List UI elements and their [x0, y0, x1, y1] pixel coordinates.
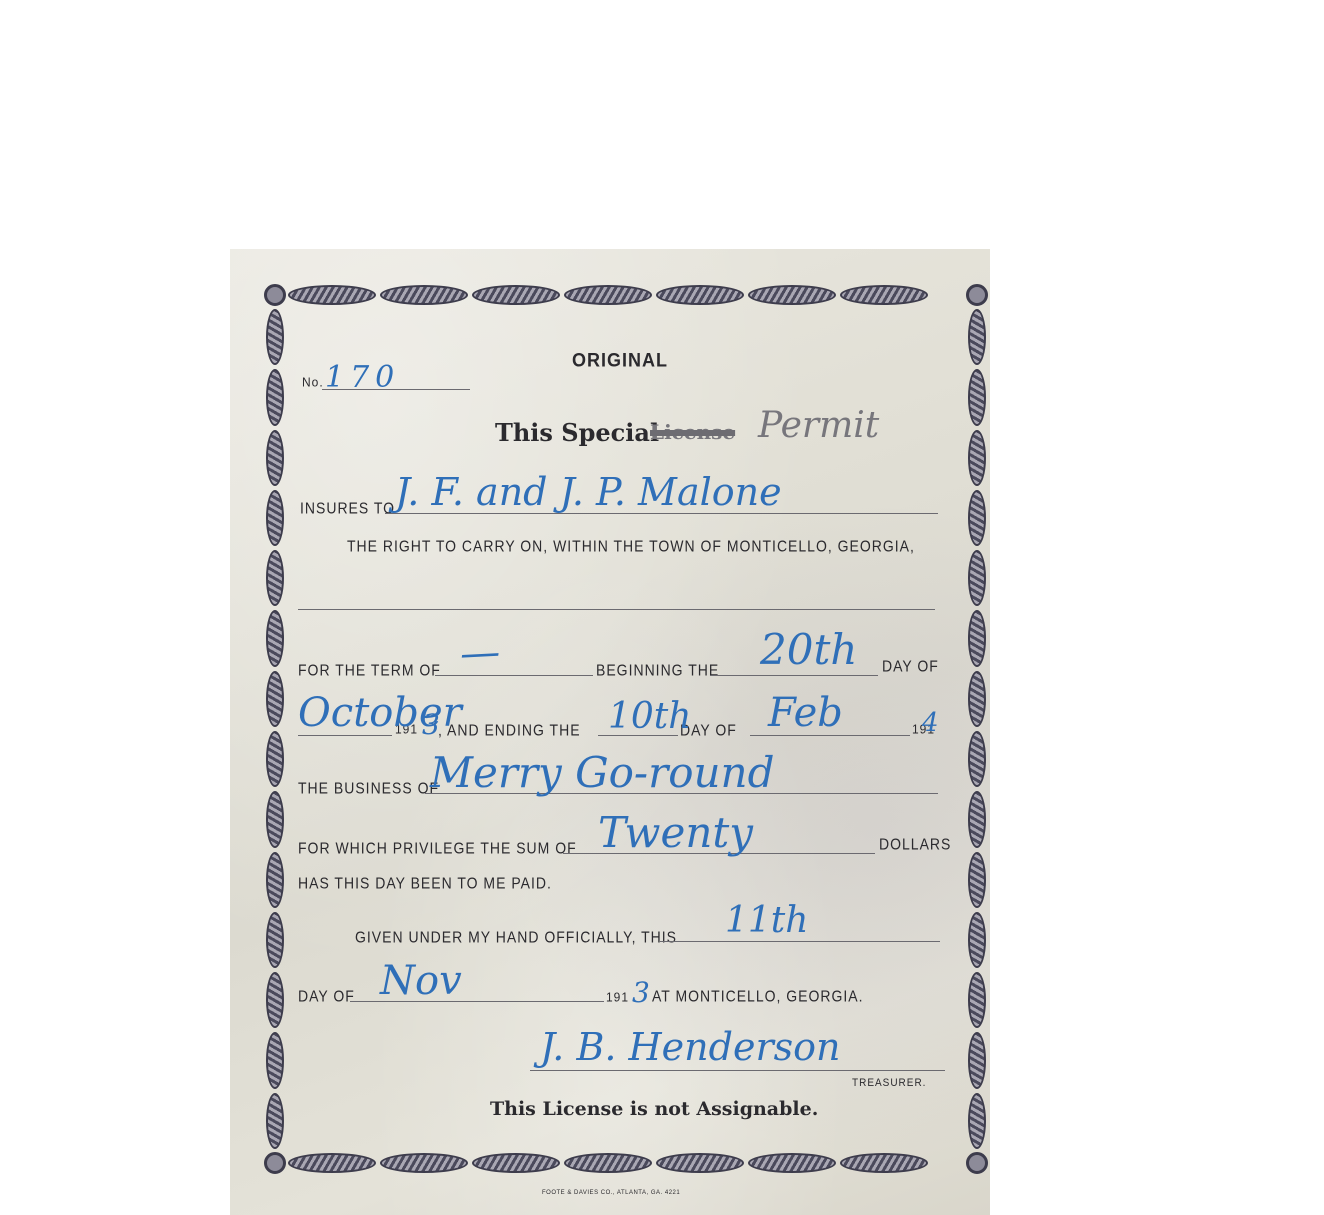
ending-month: Feb — [768, 690, 843, 736]
given-month: Nov — [380, 958, 462, 1004]
border-chain-link — [968, 1093, 986, 1149]
given-day-rule — [660, 941, 940, 942]
insures-to-label: INSURES TO — [300, 499, 395, 517]
day-of-label: DAY OF — [882, 657, 939, 675]
border-chain-link — [266, 550, 284, 606]
treasurer-title: TREASURER. — [852, 1077, 926, 1089]
heading-original: ORIGINAL — [572, 349, 668, 372]
border-chain-link — [748, 285, 836, 305]
border-chain-link — [968, 912, 986, 968]
border-chain-link — [266, 369, 284, 425]
border-chain-link — [472, 285, 560, 305]
border-chain-link — [968, 430, 986, 486]
sum-value: Twenty — [598, 808, 753, 857]
border-chain-link — [840, 285, 928, 305]
border-bottom — [288, 1152, 964, 1174]
privilege-label: FOR WHICH PRIVILEGE THE SUM OF — [298, 839, 577, 857]
not-assignable-note: This License is not Assignable. — [490, 1098, 818, 1120]
border-chain-link — [266, 852, 284, 908]
number-label: No. — [302, 374, 324, 389]
border-chain-link — [968, 671, 986, 727]
border-chain-link — [968, 550, 986, 606]
business-value: Merry Go-round — [430, 748, 774, 797]
border-corner-ornament — [966, 1152, 988, 1174]
border-chain-link — [380, 1153, 468, 1173]
border-chain-link — [968, 610, 986, 666]
border-chain-link — [266, 1093, 284, 1149]
border-right — [967, 309, 987, 1149]
border-chain-link — [840, 1153, 928, 1173]
paid-text: HAS THIS DAY BEEN TO ME PAID. — [298, 874, 552, 892]
business-label: THE BUSINESS OF — [298, 779, 439, 797]
border-corner-ornament — [264, 1152, 286, 1174]
border-chain-link — [266, 430, 284, 486]
term-value: — — [459, 629, 501, 677]
border-chain-link — [968, 490, 986, 546]
term-label: FOR THE TERM OF — [298, 661, 441, 679]
border-chain-link — [266, 671, 284, 727]
border-chain-link — [288, 1153, 376, 1173]
border-chain-link — [266, 972, 284, 1028]
border-chain-link — [266, 1032, 284, 1088]
permit-number: 170 — [325, 360, 400, 395]
border-chain-link — [266, 490, 284, 546]
border-corner-ornament — [264, 284, 286, 306]
beginning-day: 20th — [760, 625, 857, 674]
border-chain-link — [968, 791, 986, 847]
border-chain-link — [656, 285, 744, 305]
insures-to-value: J. F. and J. P. Malone — [395, 470, 782, 514]
border-chain-link — [968, 369, 986, 425]
border-chain-link — [266, 791, 284, 847]
border-chain-link — [968, 972, 986, 1028]
border-chain-link — [748, 1153, 836, 1173]
given-day: 11th — [725, 900, 808, 941]
border-chain-link — [564, 285, 652, 305]
title-struck-word: License — [650, 420, 735, 444]
signature-rule — [530, 1070, 945, 1071]
year-prefix-3: 191 — [606, 989, 629, 1004]
beginning-day-rule — [710, 675, 878, 676]
title-prefix: This Special — [495, 418, 659, 447]
border-chain-link — [968, 1032, 986, 1088]
border-chain-link — [266, 610, 284, 666]
border-chain-link — [968, 852, 986, 908]
term-rule — [435, 675, 593, 676]
border-chain-link — [266, 731, 284, 787]
day-of-label-3: DAY OF — [298, 987, 355, 1005]
border-chain-link — [266, 912, 284, 968]
given-place: AT MONTICELLO, GEORGIA. — [652, 987, 864, 1005]
dollars-label: DOLLARS — [879, 835, 951, 853]
beginning-year-digit: 3 — [422, 708, 440, 741]
given-label: GIVEN UNDER MY HAND OFFICIALLY, THIS — [355, 928, 677, 946]
border-chain-link — [656, 1153, 744, 1173]
border-top — [288, 284, 964, 306]
border-chain-link — [380, 285, 468, 305]
border-chain-link — [968, 731, 986, 787]
border-chain-link — [266, 309, 284, 365]
beginning-label: BEGINNING THE — [596, 661, 719, 679]
border-chain-link — [472, 1153, 560, 1173]
ending-day: 10th — [608, 696, 691, 737]
border-chain-link — [968, 309, 986, 365]
border-chain-link — [288, 285, 376, 305]
title-handwritten-permit: Permit — [758, 405, 879, 446]
treasurer-signature: J. B. Henderson — [540, 1025, 840, 1069]
given-year-digit: 3 — [632, 976, 650, 1009]
printer-imprint: FOOTE & DAVIES CO., ATLANTA, GA. 4221 — [542, 1190, 680, 1197]
border-left — [265, 309, 285, 1149]
ending-year-digit: 4 — [922, 708, 939, 738]
border-corner-ornament — [966, 284, 988, 306]
blank-business-rule — [298, 609, 935, 610]
border-chain-link — [564, 1153, 652, 1173]
right-to-carry-text: THE RIGHT TO CARRY ON, WITHIN THE TOWN O… — [347, 537, 915, 555]
